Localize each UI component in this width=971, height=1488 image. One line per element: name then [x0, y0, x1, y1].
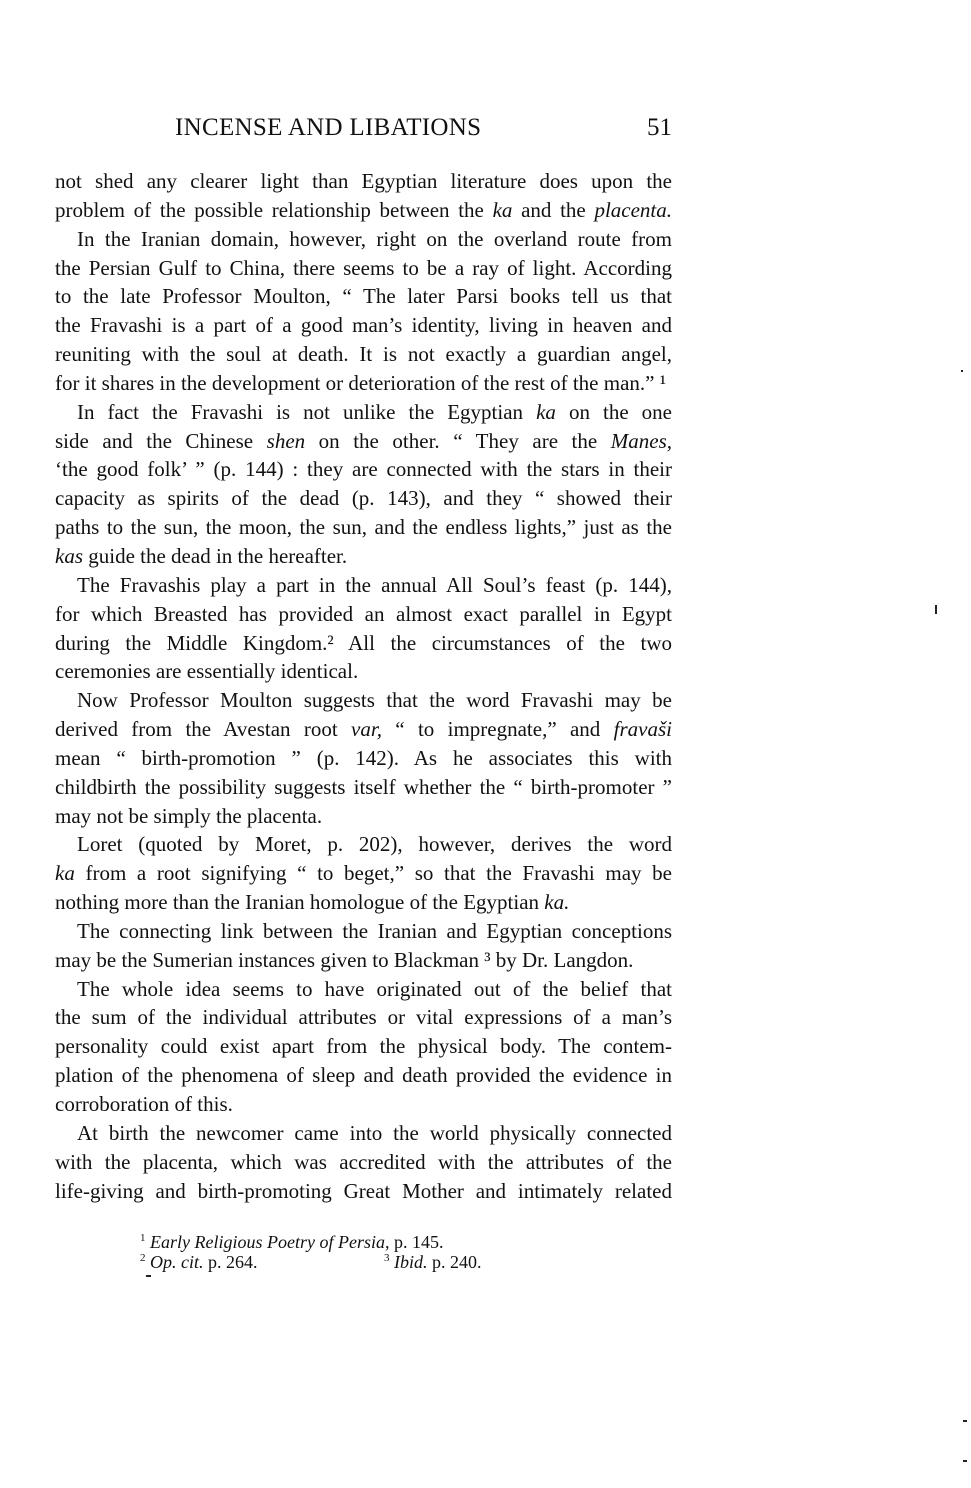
footnotes: 1 Early Religious Poetry of Persia, p. 1… — [140, 1232, 560, 1272]
text-line: In the Iranian domain, however, right on… — [55, 225, 672, 254]
footnote-marker: 2 — [140, 1252, 146, 1264]
scan-mark — [146, 1275, 151, 1277]
text-line: the Persian Gulf to China, there seems t… — [55, 254, 672, 283]
scan-mark — [961, 370, 963, 372]
text-line: mean “ birth-promotion ” (p. 142). As he… — [55, 744, 672, 773]
text-line: capacity as spirits of the dead (p. 143)… — [55, 484, 672, 513]
page-number: 51 — [647, 114, 672, 142]
running-title: INCENSE AND LIBATIONS — [175, 114, 481, 142]
text-line: for which Breasted has provided an almos… — [55, 600, 672, 629]
text-line: The Fravashis play a part in the annual … — [55, 571, 672, 600]
body-text: not shed any clearer light than Egyptian… — [55, 167, 672, 1205]
footnote-marker: 3 — [384, 1252, 390, 1264]
text-line: reuniting with the soul at death. It is … — [55, 340, 672, 369]
text-line: personality could exist apart from the p… — [55, 1032, 672, 1061]
footnote-ref: p. 240. — [428, 1252, 482, 1272]
text-line: Loret (quoted by Moret, p. 202), however… — [55, 830, 672, 859]
text-line: with the placenta, which was accredited … — [55, 1148, 672, 1177]
footnote-ref: , p. 145. — [385, 1232, 444, 1252]
text-line: not shed any clearer light than Egyptian… — [55, 167, 672, 196]
footnote-title: Ibid. — [394, 1252, 428, 1272]
text-line: In fact the Fravashi is not unlike the E… — [55, 398, 672, 427]
text-line: The whole idea seems to have originated … — [55, 975, 672, 1004]
text-line: The connecting link between the Iranian … — [55, 917, 672, 946]
text-line: to the late Professor Moulton, “ The lat… — [55, 282, 672, 311]
text-line: the sum of the individual attributes or … — [55, 1003, 672, 1032]
scan-mark — [935, 605, 937, 614]
text-line: during the Middle Kingdom.² All the circ… — [55, 629, 672, 658]
footnote-2-and-3: 2 Op. cit. p. 264. 3 Ibid. p. 240. — [140, 1252, 560, 1272]
text-line: kas guide the dead in the hereafter. — [55, 542, 672, 571]
scan-mark — [963, 1460, 967, 1462]
text-line: may be the Sumerian instances given to B… — [55, 946, 672, 975]
text-line: for it shares in the development or dete… — [55, 369, 672, 398]
footnote-ref: p. 264. — [204, 1252, 258, 1272]
footnote-3: 3 Ibid. p. 240. — [384, 1252, 482, 1272]
text-line: may not be simply the placenta. — [55, 802, 672, 831]
text-line: Now Professor Moulton suggests that the … — [55, 686, 672, 715]
text-line: side and the Chinese shen on the other. … — [55, 427, 672, 456]
text-line: At birth the newcomer came into the worl… — [55, 1119, 672, 1148]
text-line: nothing more than the Iranian homologue … — [55, 888, 672, 917]
text-line: paths to the sun, the moon, the sun, and… — [55, 513, 672, 542]
text-line: ka from a root signifying “ to beget,” s… — [55, 859, 672, 888]
text-line: derived from the Avestan root var, “ to … — [55, 715, 672, 744]
text-line: ceremonies are essentially identical. — [55, 657, 672, 686]
text-line: life-giving and birth-promoting Great Mo… — [55, 1177, 672, 1206]
footnote-title: Op. cit. — [150, 1252, 204, 1272]
scan-mark — [963, 1420, 967, 1422]
text-line: corroboration of this. — [55, 1090, 672, 1119]
text-line: ‘the good folk’ ” (p. 144) : they are co… — [55, 455, 672, 484]
book-page: INCENSE AND LIBATIONS 51 not shed any cl… — [0, 0, 971, 1488]
text-line: problem of the possible relationship bet… — [55, 196, 672, 225]
text-line: the Fravashi is a part of a good man’s i… — [55, 311, 672, 340]
footnote-1: 1 Early Religious Poetry of Persia, p. 1… — [140, 1232, 560, 1252]
text-line: childbirth the possibility suggests itse… — [55, 773, 672, 802]
footnote-marker: 1 — [140, 1232, 146, 1244]
running-head: INCENSE AND LIBATIONS 51 — [55, 114, 672, 144]
text-line: plation of the phenomena of sleep and de… — [55, 1061, 672, 1090]
footnote-title: Early Religious Poetry of Persia — [150, 1232, 385, 1252]
